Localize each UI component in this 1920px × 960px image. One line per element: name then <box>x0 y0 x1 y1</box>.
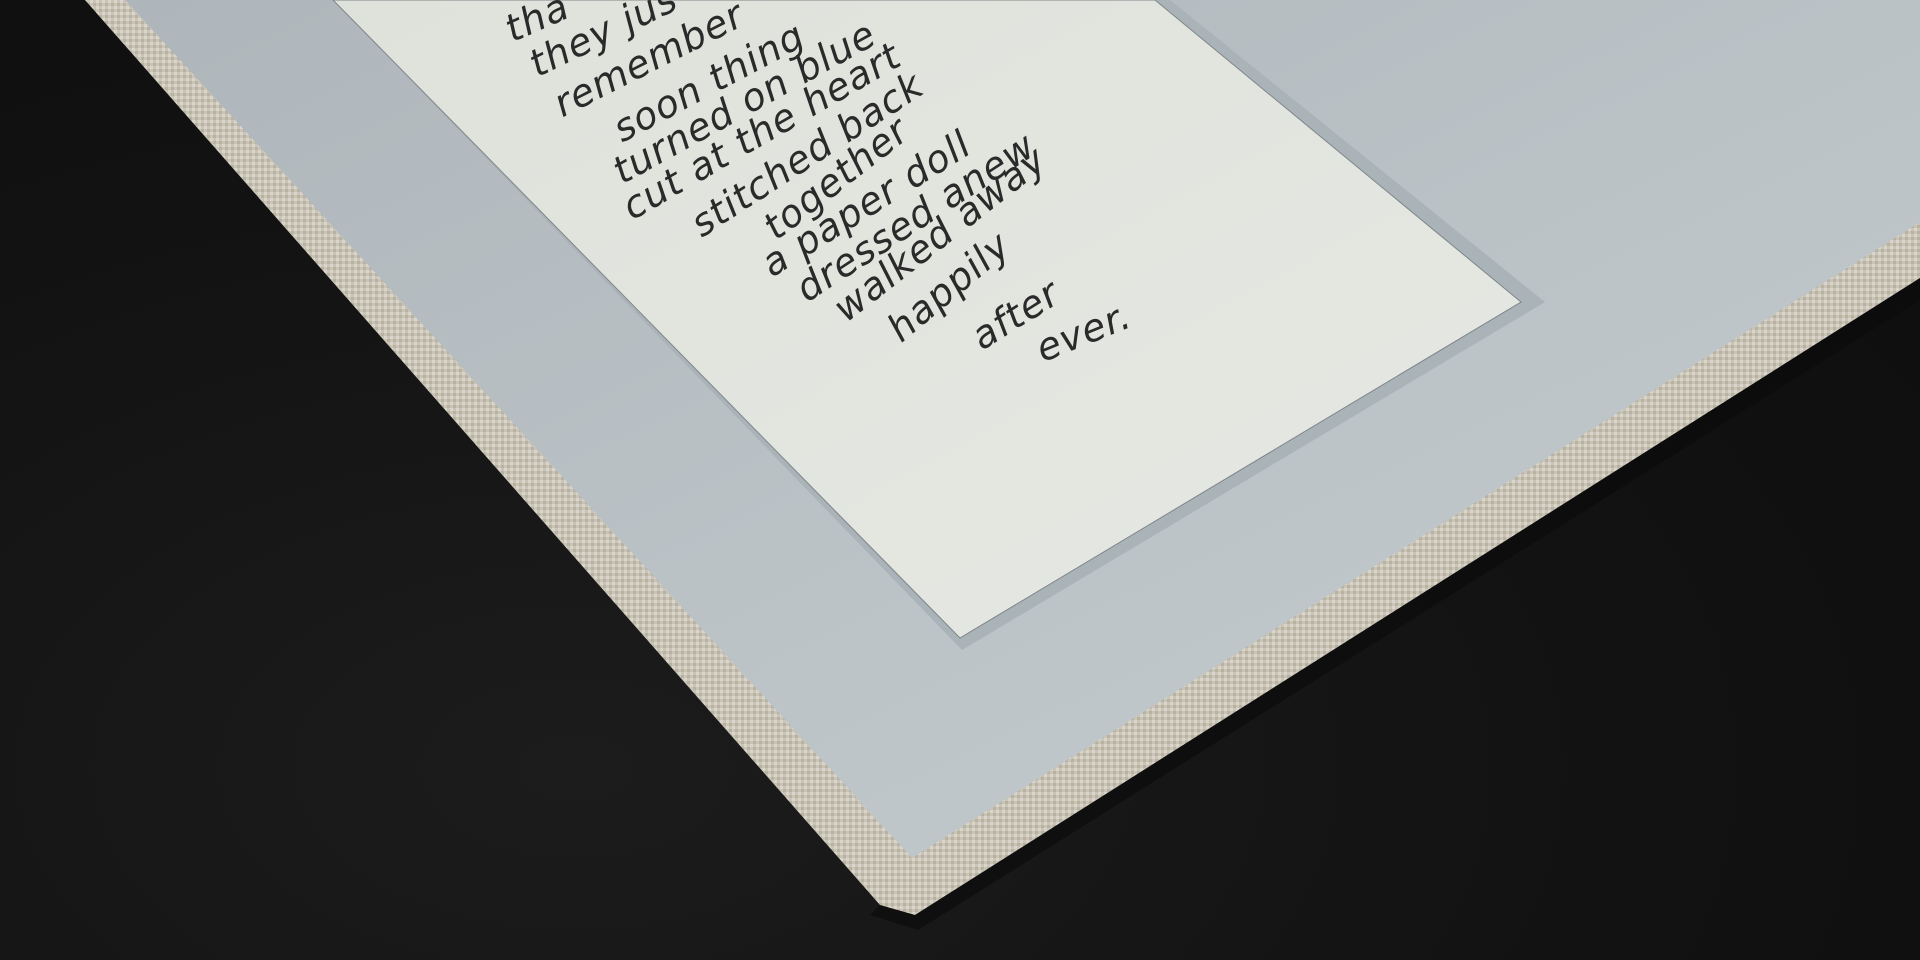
poem: tha they jus remember soon thing turned … <box>0 0 1920 960</box>
